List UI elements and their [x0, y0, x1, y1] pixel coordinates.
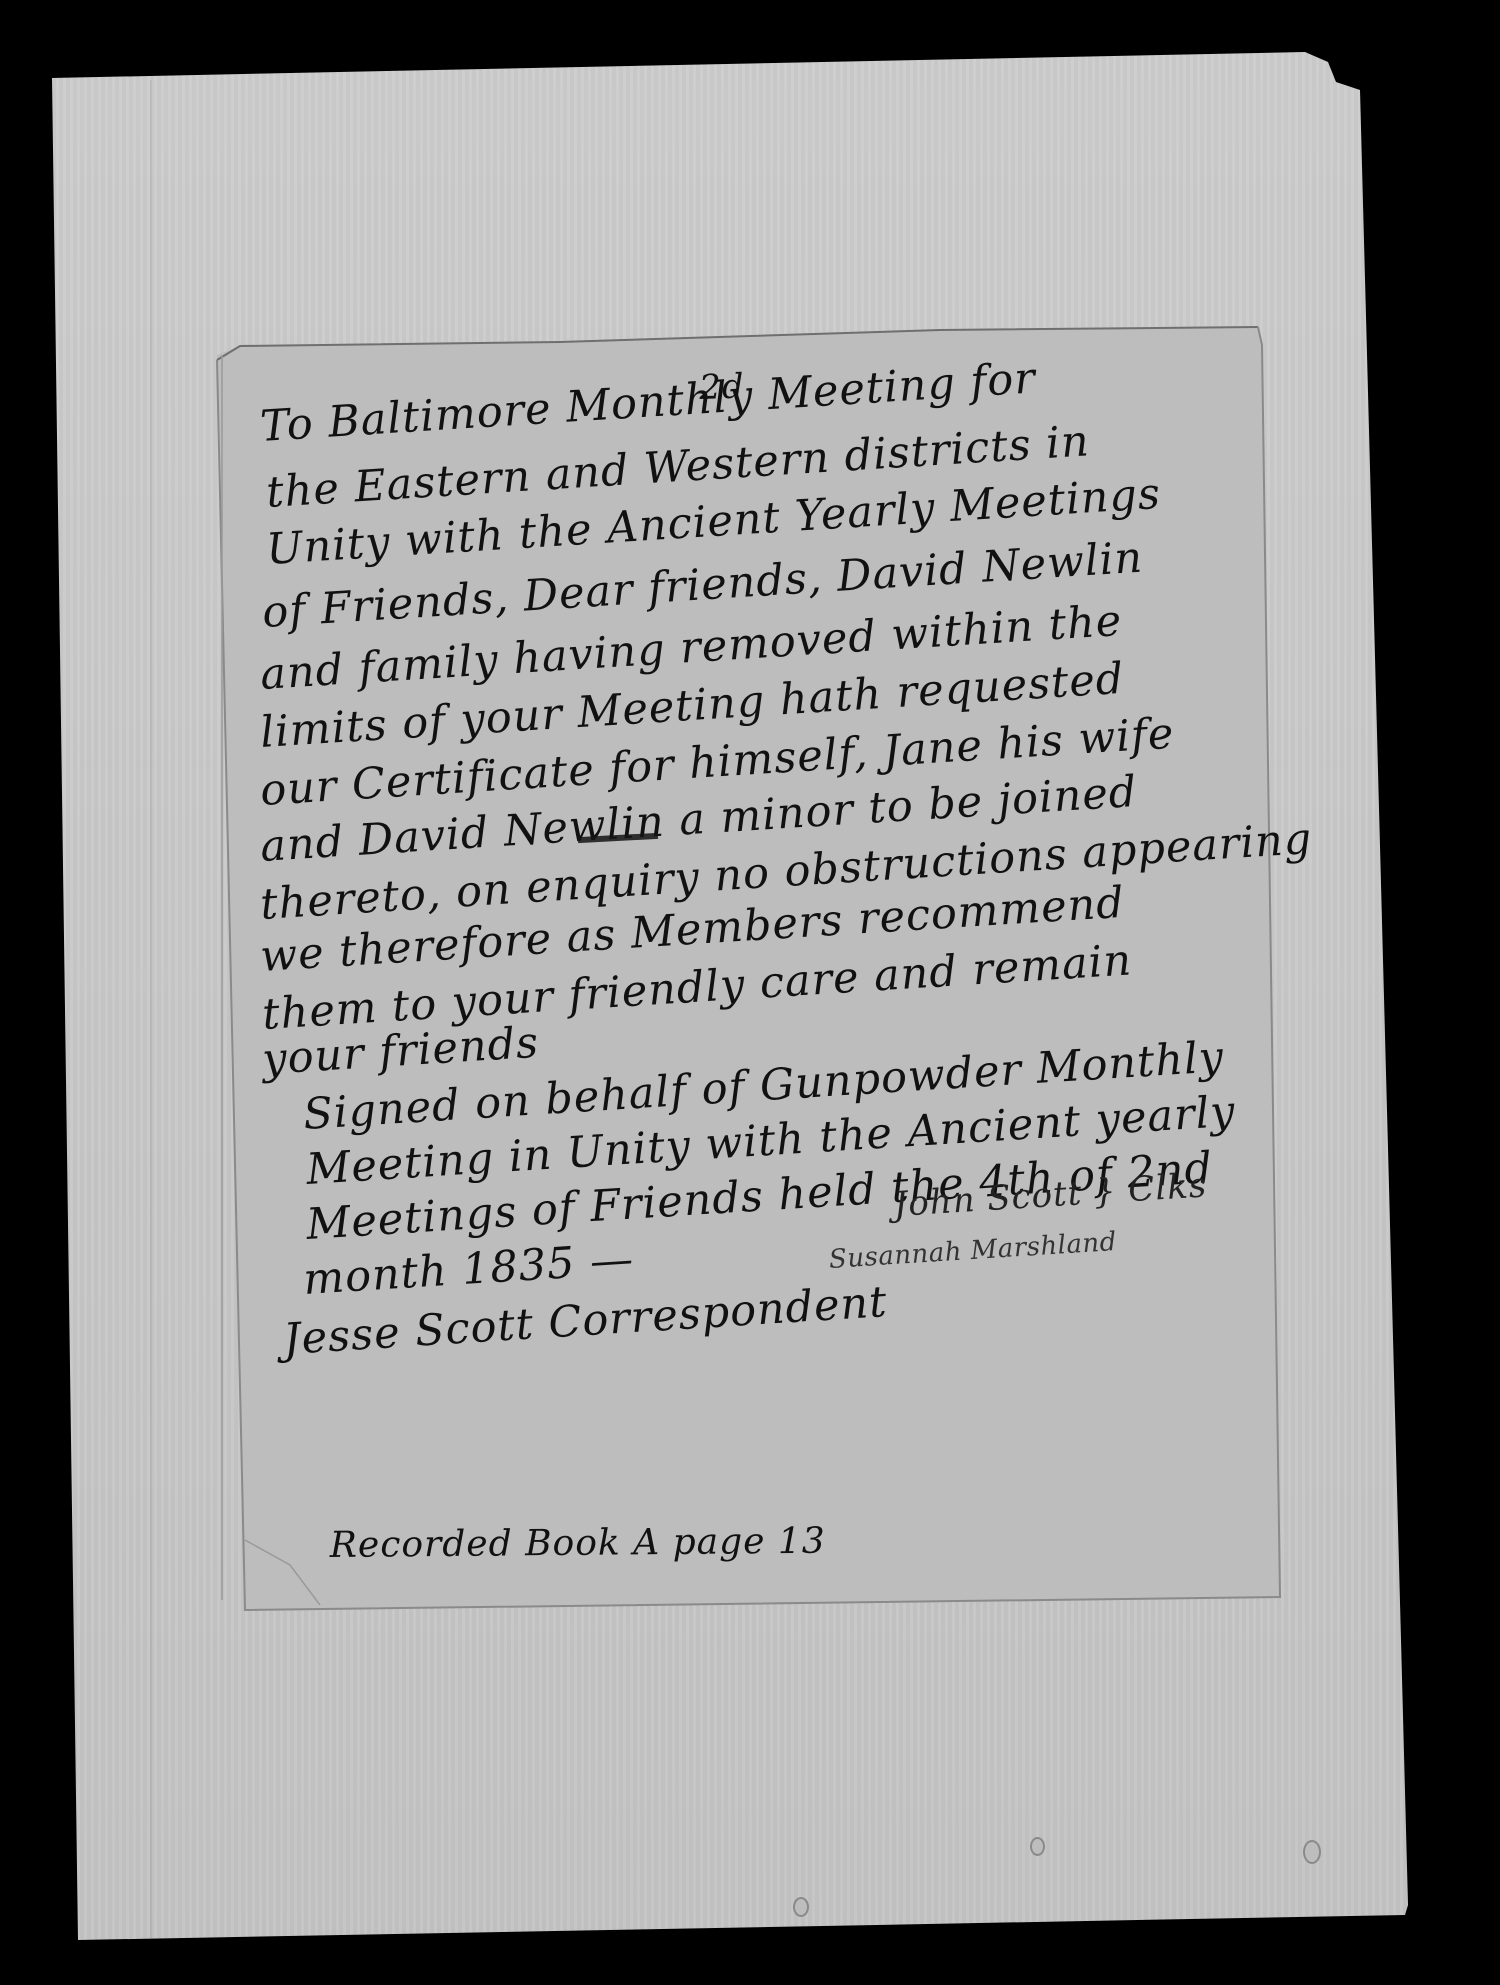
punch-hole-mark: [1303, 1840, 1321, 1864]
recording-note: Recorded Book A page 13: [330, 1521, 826, 1566]
punch-hole-mark: [793, 1897, 809, 1917]
backing-fold-line: [150, 80, 152, 1940]
punch-hole-mark: [1030, 1837, 1045, 1856]
